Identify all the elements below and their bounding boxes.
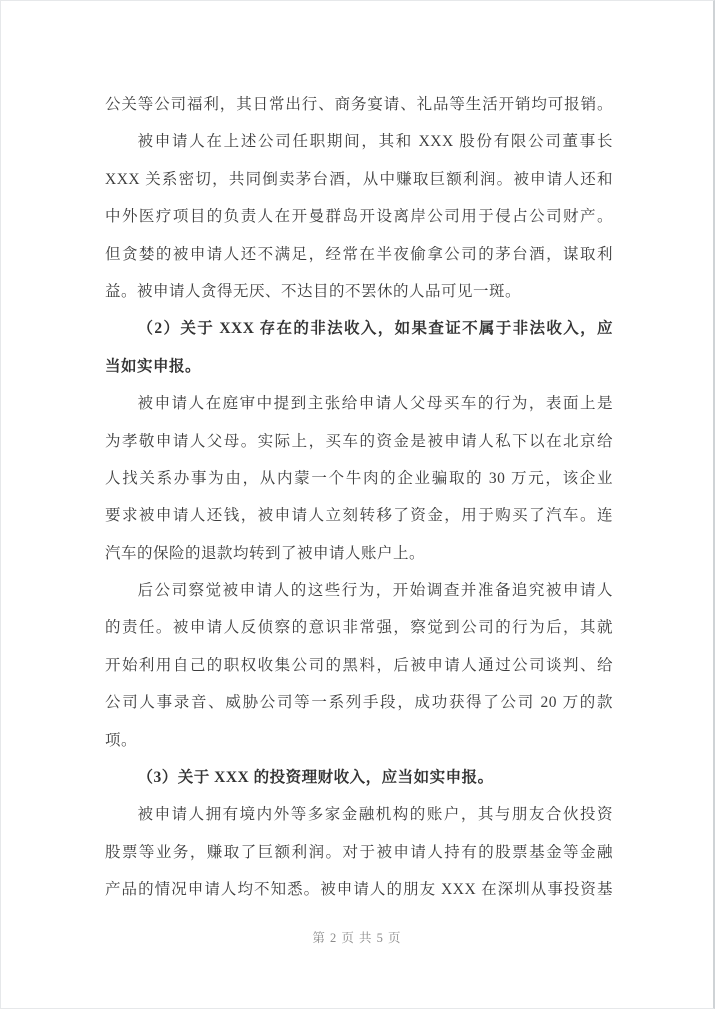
text-line: 被申请人在上述公司任职期间，其和 XXX 股份有限公司董事长 xyxy=(105,123,613,160)
page-footer: 第 2 页 共 5 页 xyxy=(1,929,713,947)
text-line: 项。 xyxy=(105,722,613,759)
text-line: 但贪婪的被申请人还不满足，经常在半夜偷拿公司的茅台酒，谋取利 xyxy=(105,236,613,273)
text-line: 益。被申请人贪得无厌、不达目的不罢休的人品可见一斑。 xyxy=(105,273,613,310)
paragraph: 被申请人拥有境内外等多家金融机构的账户，其与朋友合伙投资股票等业务，赚取了巨额利… xyxy=(105,796,613,908)
text-line: 后公司察觉被申请人的这些行为，开始调查并准备追究被申请人 xyxy=(105,572,613,609)
text-line: 中外医疗项目的负责人在开曼群岛开设离岸公司用于侵占公司财产。 xyxy=(105,198,613,235)
paragraph: 后公司察觉被申请人的这些行为，开始调查并准备追究被申请人的责任。被申请人反侦察的… xyxy=(105,572,613,759)
section-heading: （2）关于 XXX 存在的非法收入，如果查证不属于非法收入，应当如实申报。 xyxy=(105,310,613,385)
text-line: 公关等公司福利，其日常出行、商务宴请、礼品等生活开销均可报销。 xyxy=(105,86,613,123)
paragraph: 被申请人在庭审中提到主张给申请人父母买车的行为，表面上是为孝敬申请人父母。实际上… xyxy=(105,385,613,572)
text-line: 开始利用自己的职权收集公司的黑料，后被申请人通过公司谈判、给 xyxy=(105,647,613,684)
text-line: 公司人事录音、威胁公司等一系列手段，成功获得了公司 20 万的款 xyxy=(105,684,613,721)
page-number-text: 第 2 页 共 5 页 xyxy=(312,931,401,945)
paragraph: 被申请人在上述公司任职期间，其和 XXX 股份有限公司董事长XXX 关系密切，共… xyxy=(105,123,613,310)
text-line: 要求被申请人还钱，被申请人立刻转移了资金，用于购买了汽车。连 xyxy=(105,497,613,534)
text-line: 为孝敬申请人父母。实际上，买车的资金是被申请人私下以在北京给 xyxy=(105,423,613,460)
text-line: （2）关于 XXX 存在的非法收入，如果查证不属于非法收入，应 xyxy=(105,310,613,347)
text-line: 人找关系办事为由，从内蒙一个牛肉的企业骗取的 30 万元，该企业 xyxy=(105,460,613,497)
text-line: 的责任。被申请人反侦察的意识非常强，察觉到公司的行为后，其就 xyxy=(105,609,613,646)
section-heading: （3）关于 XXX 的投资理财收入，应当如实申报。 xyxy=(105,759,613,796)
paragraph: 公关等公司福利，其日常出行、商务宴请、礼品等生活开销均可报销。 xyxy=(105,86,613,123)
text-line: 汽车的保险的退款均转到了被申请人账户上。 xyxy=(105,535,613,572)
text-line: 当如实申报。 xyxy=(105,348,613,385)
text-line: 被申请人拥有境内外等多家金融机构的账户，其与朋友合伙投资 xyxy=(105,796,613,833)
document-page: 公关等公司福利，其日常出行、商务宴请、礼品等生活开销均可报销。被申请人在上述公司… xyxy=(0,0,715,1009)
text-line: （3）关于 XXX 的投资理财收入，应当如实申报。 xyxy=(105,759,613,796)
text-line: 股票等业务，赚取了巨额利润。对于被申请人持有的股票基金等金融 xyxy=(105,834,613,871)
text-line: 被申请人在庭审中提到主张给申请人父母买车的行为，表面上是 xyxy=(105,385,613,422)
text-line: XXX 关系密切，共同倒卖茅台酒，从中赚取巨额利润。被申请人还和 xyxy=(105,161,613,198)
document-body: 公关等公司福利，其日常出行、商务宴请、礼品等生活开销均可报销。被申请人在上述公司… xyxy=(105,86,613,909)
text-line: 产品的情况申请人均不知悉。被申请人的朋友 XXX 在深圳从事投资基 xyxy=(105,871,613,908)
